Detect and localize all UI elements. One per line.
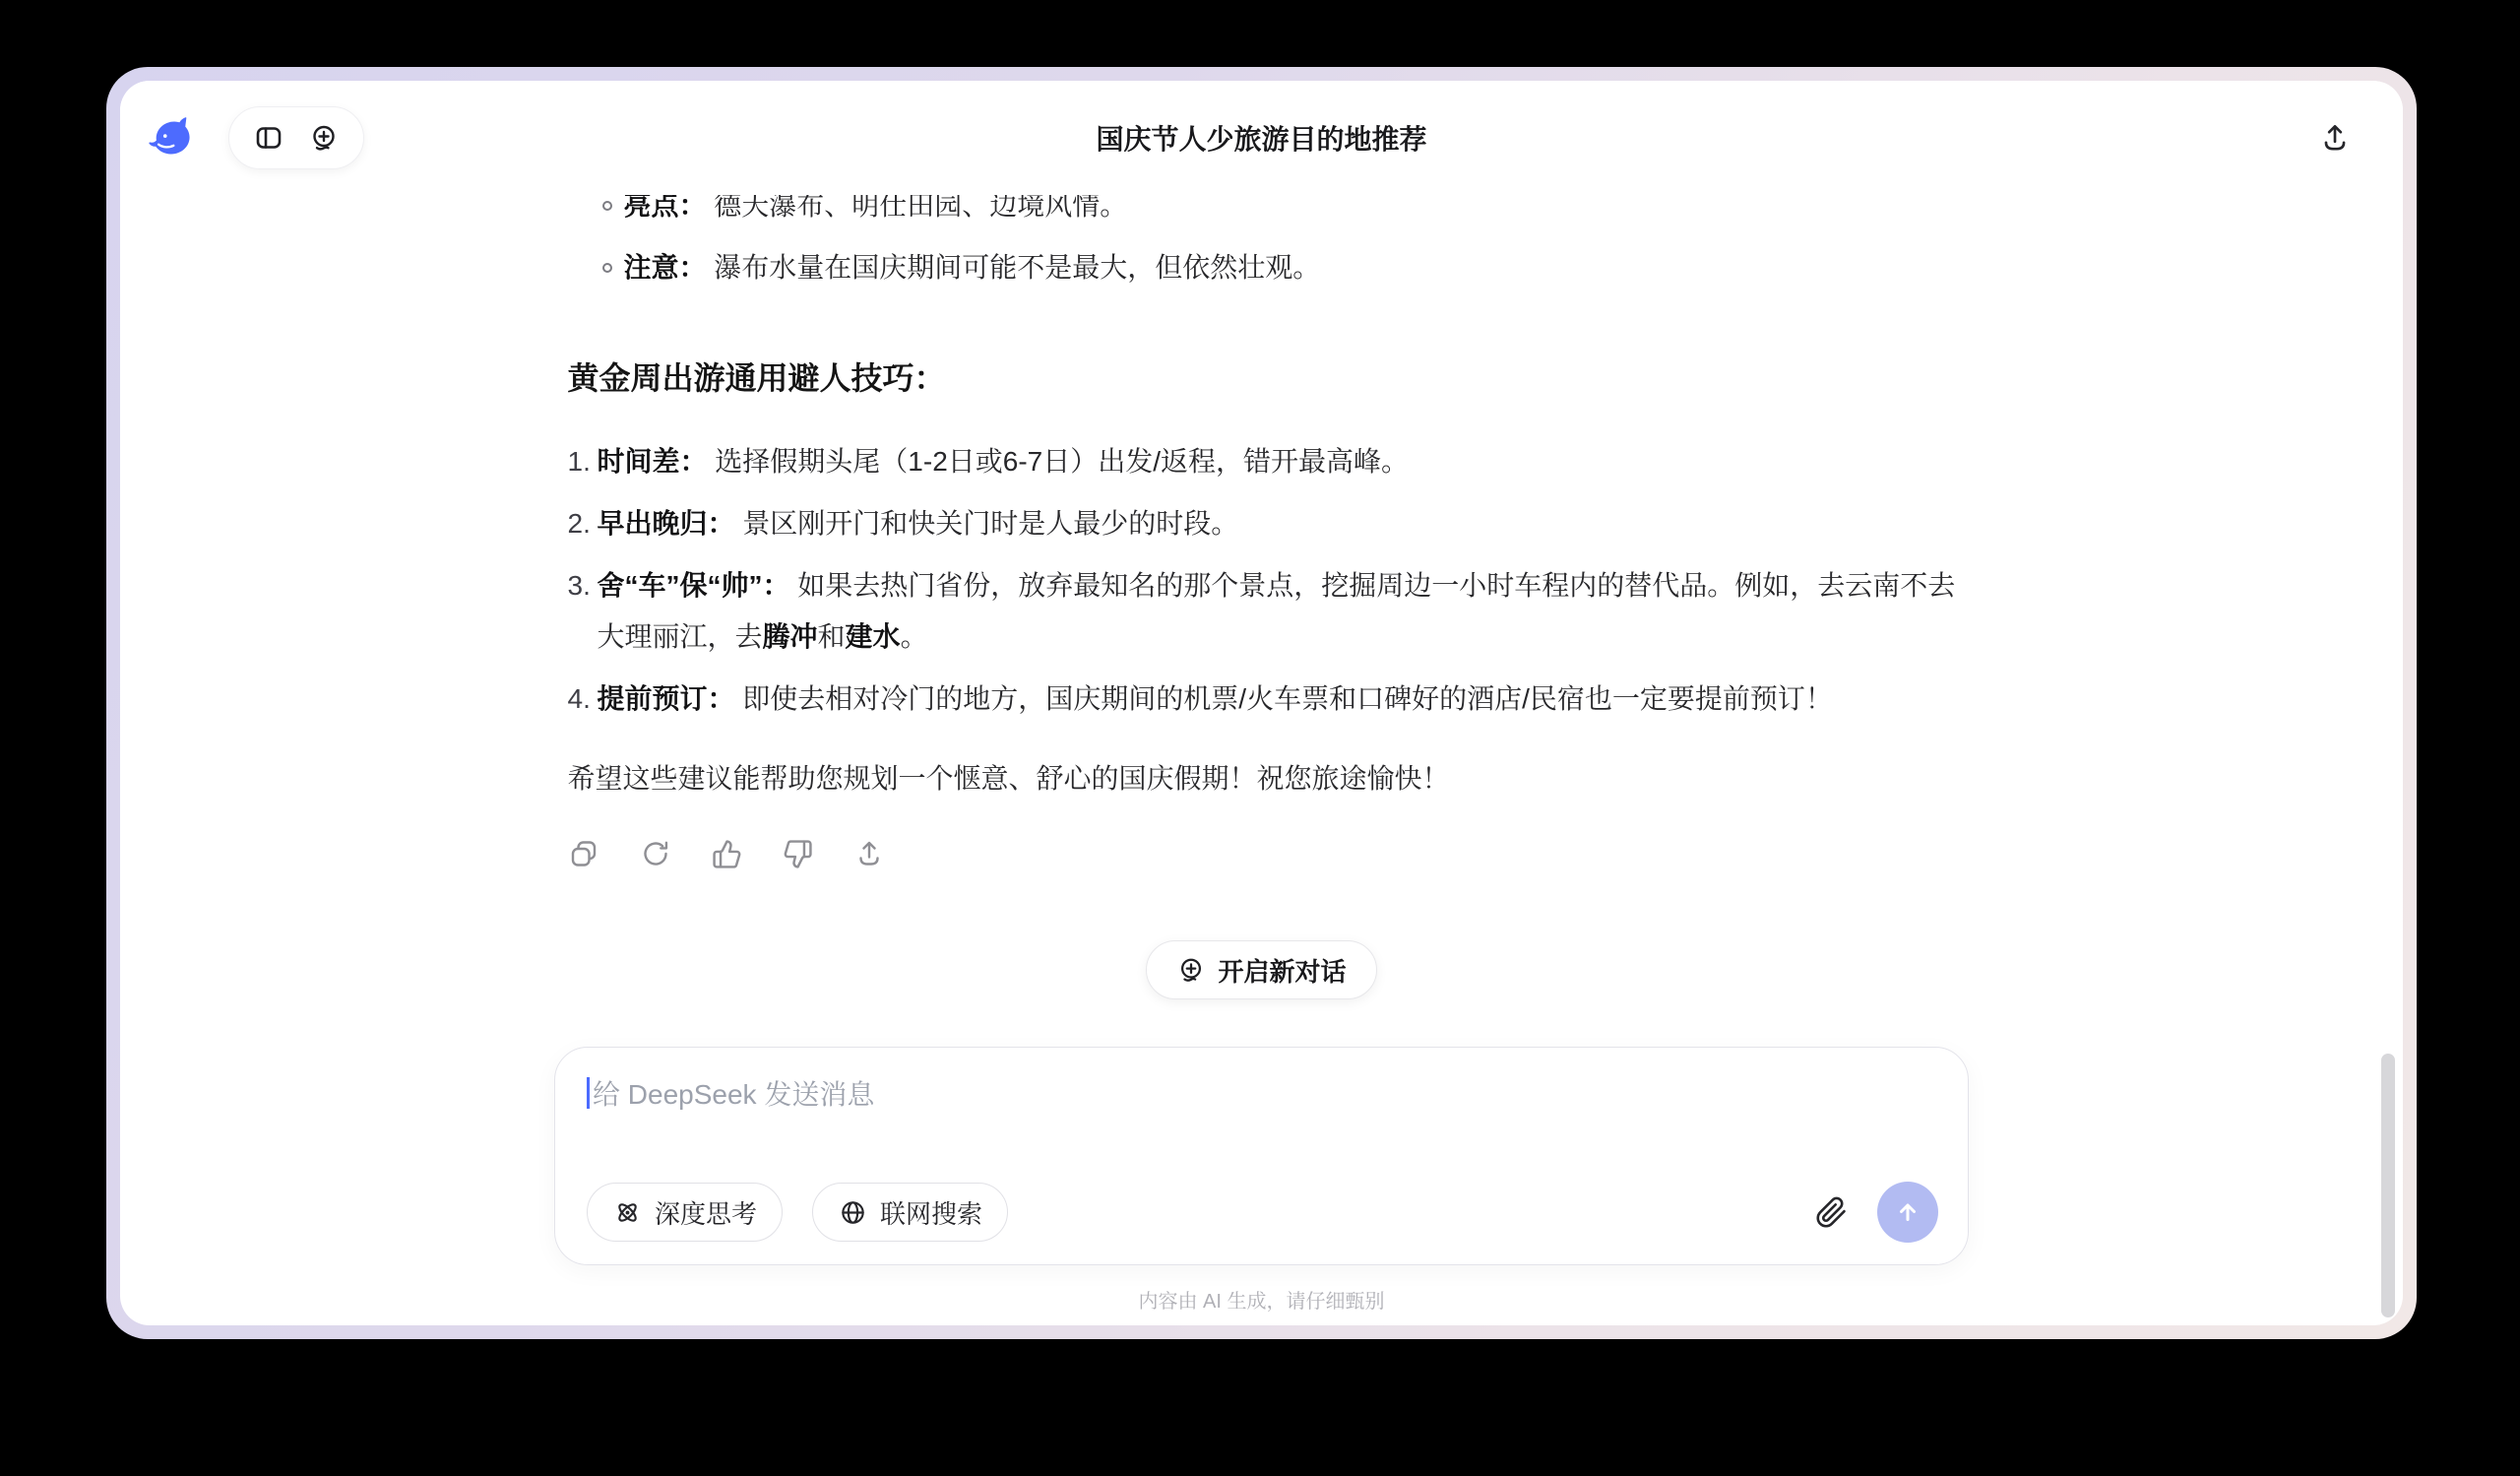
chat-content: 亮点： 德天瀑布、明仕田园、边境风情。注意： 瀑布水量在国庆期间可能不是最大，但… [120,81,2403,1325]
sidebar-toggle-icon [253,122,284,154]
message-input[interactable]: 给 DeepSeek 发送消息 [587,1073,1938,1113]
new-chat-button[interactable] [308,122,340,154]
new-chat-plus-icon [1176,955,1206,985]
tip-item: 1.时间差： 选择假期头尾（1-2日或6-7日）出发/返程，错开最高峰。 [568,436,1956,487]
section-heading: 黄金周出游通用避人技巧： [568,357,1956,399]
copy-button[interactable] [568,838,599,869]
web-search-toggle[interactable]: 联网搜索 [812,1183,1008,1242]
share-icon [2318,121,2352,155]
new-chat-icon [308,122,340,154]
bullet-list: 亮点： 德天瀑布、明仕田园、边境风情。注意： 瀑布水量在国庆期间可能不是最大，但… [568,180,1956,293]
tip-number: 3. [568,560,598,663]
globe-icon [838,1197,868,1228]
message-composer: 给 DeepSeek 发送消息 深度思考 [554,1047,1969,1314]
bullet-dot [602,263,612,273]
regenerate-button[interactable] [640,838,671,869]
bullet-dot [602,201,612,211]
deep-think-label: 深度思考 [655,1194,757,1231]
thumbs-up-icon [712,839,742,869]
text-caret [587,1077,590,1109]
deepseek-whale-logo [146,117,195,159]
thumbs-down-button[interactable] [783,839,813,869]
header-share-button[interactable] [2318,121,2352,155]
tip-number: 1. [568,436,598,487]
new-conversation-label: 开启新对话 [1218,952,1346,989]
deepseek-window: 国庆节人少旅游目的地推荐 亮点： 德天瀑布、明仕田园、边境风情。注意： 瀑布水量… [106,67,2417,1339]
tip-item: 4.提前预订： 即使去相对冷门的地方，国庆期间的机票/火车票和口碑好的酒店/民宿… [568,674,1956,725]
paperclip-icon [1815,1196,1848,1229]
attach-file-button[interactable] [1815,1196,1848,1229]
composer-right-controls [1815,1182,1938,1243]
assistant-message: 亮点： 德天瀑布、明仕田园、边境风情。注意： 瀑布水量在国庆期间可能不是最大，但… [568,180,1956,870]
tip-number: 2. [568,498,598,549]
send-button[interactable] [1877,1182,1938,1243]
message-share-button[interactable] [853,838,885,869]
tip-item: 3.舍“车”保“帅”： 如果去热门省份，放弃最知名的那个景点，挖掘周边一小时车程… [568,560,1956,663]
regenerate-icon [640,838,671,869]
bullet-item: 注意： 瀑布水量在国庆期间可能不是最大，但依然壮观。 [568,242,1956,293]
chat-header: 国庆节人少旅游目的地推荐 [120,81,2403,195]
sidebar-toggle-button[interactable] [253,122,284,154]
arrow-up-icon [1892,1196,1923,1228]
ai-disclaimer: 内容由 AI 生成，请仔细甄别 [554,1285,1969,1314]
tip-item: 2.早出晚归： 景区刚开门和快关门时是人最少的时段。 [568,498,1956,549]
thumbs-down-icon [783,839,813,869]
composer-controls: 深度思考 联网搜索 [587,1182,1938,1243]
new-conversation-button[interactable]: 开启新对话 [1146,940,1376,999]
deepseek-window-inner: 国庆节人少旅游目的地推荐 亮点： 德天瀑布、明仕田园、边境风情。注意： 瀑布水量… [120,81,2403,1325]
composer-box: 给 DeepSeek 发送消息 深度思考 [554,1047,1969,1265]
deep-think-toggle[interactable]: 深度思考 [587,1183,783,1242]
desktop: { "header": { "title": "国庆节人少旅游目的地推荐", "… [0,0,2520,1476]
page-title: 国庆节人少旅游目的地推荐 [1096,118,1426,158]
web-search-label: 联网搜索 [880,1194,982,1231]
tips-list: 1.时间差： 选择假期头尾（1-2日或6-7日）出发/返程，错开最高峰。2.早出… [568,436,1956,725]
message-action-bar [568,837,1956,870]
scrollbar-thumb[interactable] [2381,1054,2395,1317]
input-placeholder: 给 DeepSeek 发送消息 [593,1073,874,1113]
copy-icon [568,838,599,869]
tip-number: 4. [568,674,598,725]
new-conversation-row: 开启新对话 [120,940,2403,999]
header-button-group [228,106,364,169]
share-icon [853,838,885,869]
thumbs-up-button[interactable] [712,839,742,869]
closing-paragraph: 希望这些建议能帮助您规划一个惬意、舒心的国庆假期！祝您旅途愉快！ [568,753,1956,804]
atom-icon [612,1197,643,1228]
